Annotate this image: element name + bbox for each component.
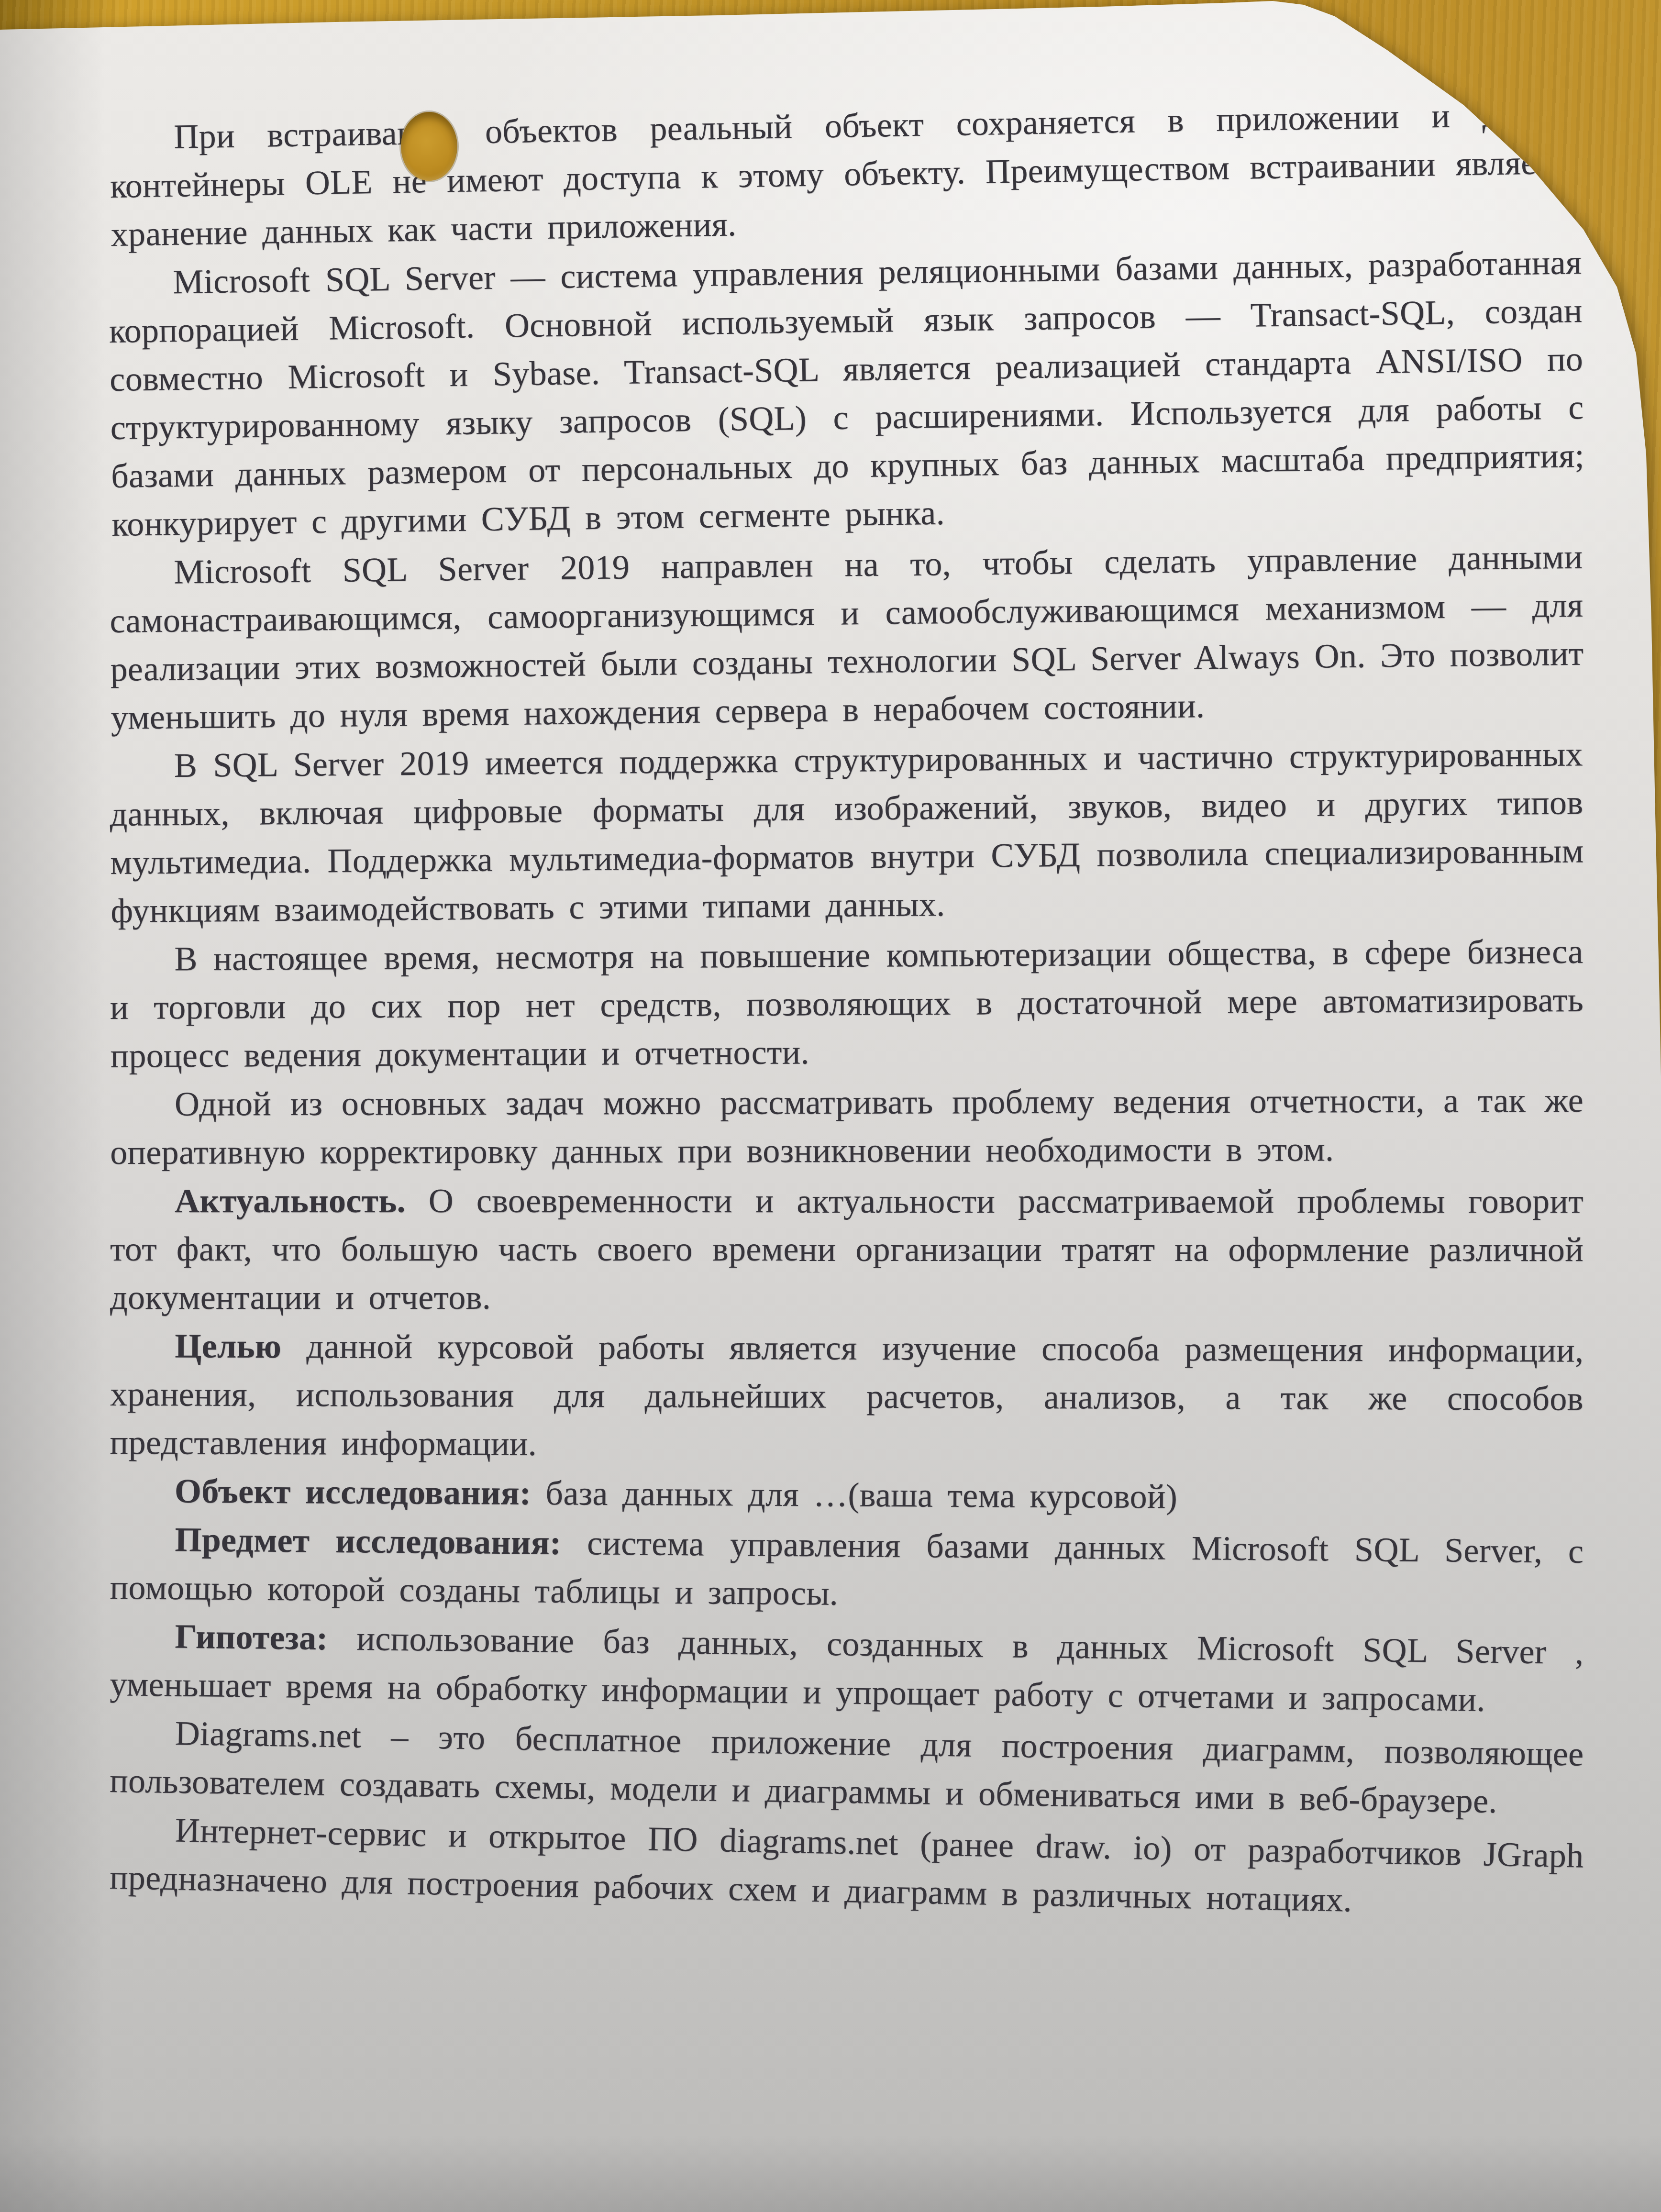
paragraph-text: Diagrams.net – это бесплатное приложение… — [110, 1714, 1584, 1820]
document-text: При встраивании объектов реальный объект… — [110, 114, 1583, 1902]
paragraph-lead: Актуальность. — [175, 1182, 406, 1220]
paper-sheet: При встраивании объектов реальный объект… — [0, 0, 1661, 2212]
paragraph-text: данной курсовой работы является изучение… — [110, 1327, 1584, 1463]
paragraph-text: Одной из основных задач можно рассматрив… — [110, 1081, 1583, 1172]
paper-shadow: При встраивании объектов реальный объект… — [0, 0, 1661, 2212]
paragraph: В SQL Server 2019 имеется поддержка стру… — [109, 730, 1584, 935]
paragraph-text: При встраивании объектов реальный объект… — [110, 94, 1583, 254]
paragraph: Microsoft SQL Server — система управлени… — [108, 238, 1585, 549]
paragraph-text: база данных для …(ваша тема курсовой) — [531, 1474, 1177, 1516]
paragraph-text: Microsoft SQL Server — система управлени… — [109, 243, 1584, 543]
hole-punch — [401, 112, 457, 181]
paragraph-lead: Целью — [175, 1327, 281, 1365]
paragraph-text: использование баз данных, созданных в да… — [110, 1619, 1584, 1718]
bottom-shadow — [0, 2135, 1661, 2212]
paragraph: При встраивании объектов реальный объект… — [109, 89, 1584, 259]
paragraph: Гипотеза: использование баз данных, созд… — [110, 1612, 1584, 1725]
paragraph-lead: Предмет исследования: — [175, 1520, 562, 1562]
paragraph-text: В SQL Server 2019 имеется поддержка стру… — [110, 735, 1583, 930]
paragraph: Microsoft SQL Server 2019 направлен на т… — [109, 533, 1584, 742]
paragraph: Актуальность. О своевременности и актуал… — [110, 1177, 1583, 1322]
paragraph: Одной из основных задач можно рассматрив… — [110, 1076, 1584, 1177]
paragraph-lead: Объект исследования: — [175, 1472, 532, 1512]
paragraph-text: Microsoft SQL Server 2019 направлен на т… — [110, 538, 1584, 737]
paragraph-lead: Гипотеза: — [175, 1617, 328, 1658]
paragraph: В настоящее время, несмотря на повышение… — [110, 928, 1584, 1080]
paragraph: Целью данной курсовой работы является из… — [110, 1322, 1584, 1471]
paragraph: Объект исследования: база данных для …(в… — [110, 1467, 1584, 1523]
paragraph-text: В настоящее время, несмотря на повышение… — [110, 932, 1583, 1075]
paragraph-text: Интернет-сервис и открытое ПО diagrams.n… — [109, 1811, 1584, 1919]
paragraph: Предмет исследования: система управления… — [110, 1515, 1584, 1624]
